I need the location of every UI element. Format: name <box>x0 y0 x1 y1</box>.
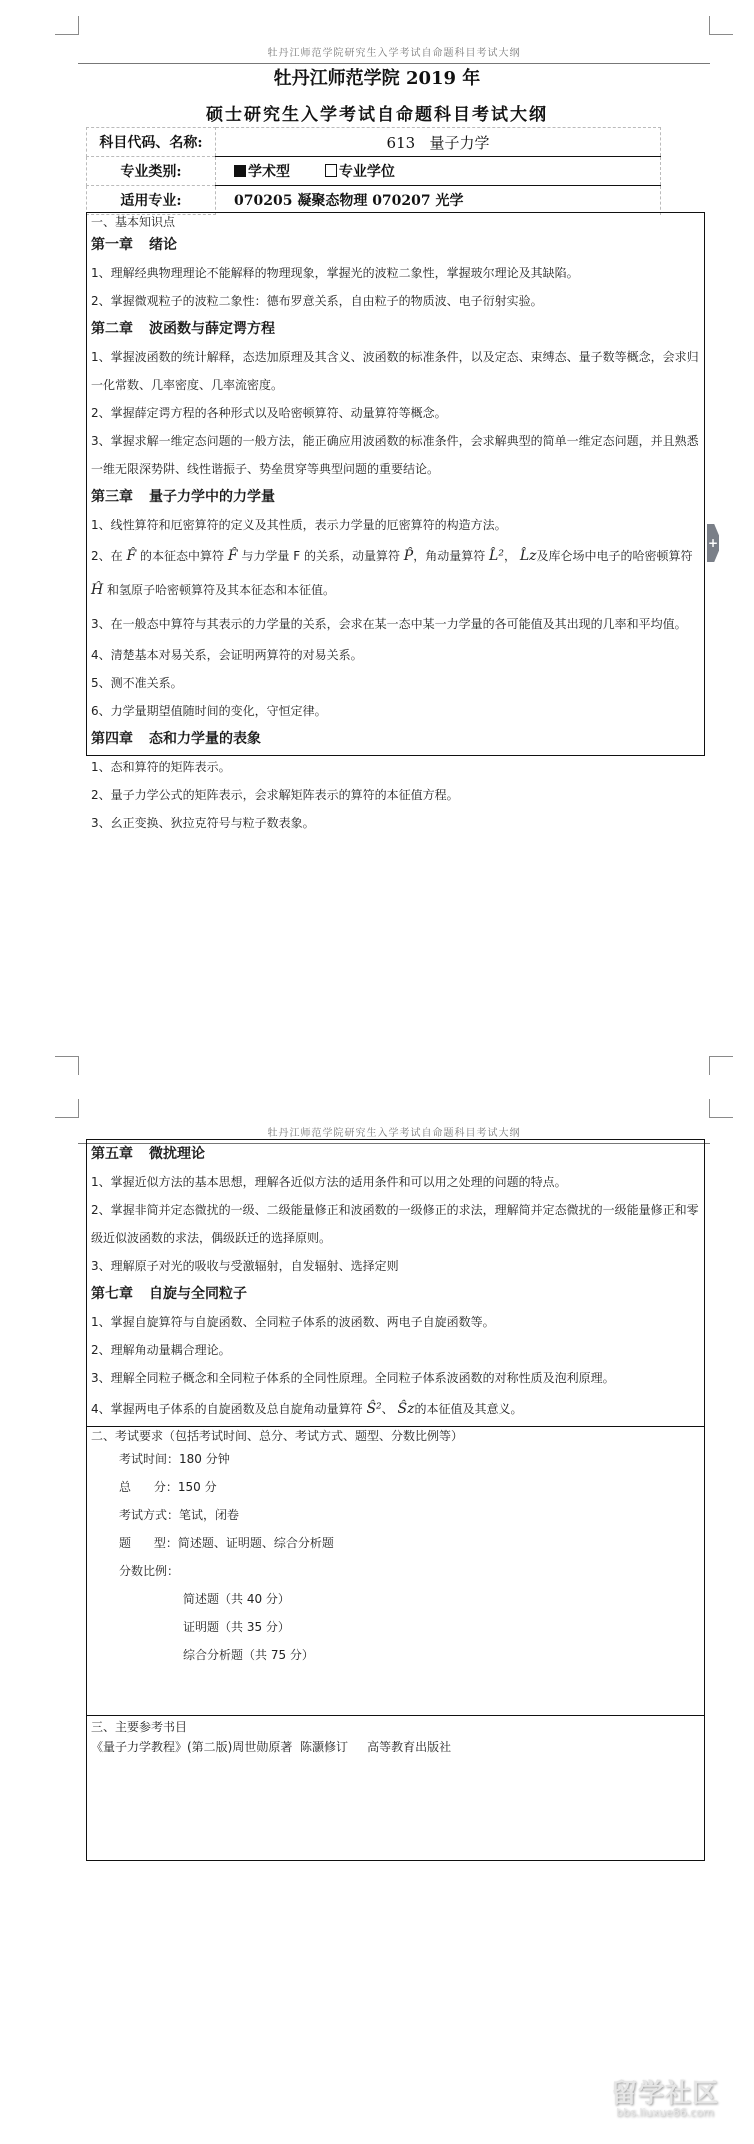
chapter-heading: 第五章微扰理论 <box>87 1140 704 1168</box>
operator-Sz: Ŝz <box>398 1401 415 1417</box>
content-box-page2: 第五章微扰理论 1、掌握近似方法的基本思想，理解各近似方法的适用条件和可以用之处… <box>86 1139 705 1861</box>
content-box-page1: 一、基本知识点 第一章绪论 1、理解经典物理理论不能解释的物理现象，掌握光的波粒… <box>86 212 705 756</box>
crop-mark-bottom-left <box>55 1056 79 1075</box>
exam-method: 考试方式：笔试，闭卷 <box>87 1501 704 1529</box>
crop-mark-top-right <box>709 16 733 35</box>
subject-value: 613 量子力学 <box>216 128 661 157</box>
question-types: 题 型：简述题、证明题、综合分析题 <box>87 1529 704 1557</box>
operator-Lz: L̂z <box>520 548 537 564</box>
crop-mark-top-left <box>55 1099 79 1118</box>
majors-label: 适用专业: <box>87 186 216 215</box>
score-ratio-item: 简述题（共 40 分） <box>87 1585 704 1613</box>
score-ratio-item: 综合分析题（共 75 分） <box>87 1641 704 1669</box>
crop-mark-top-left <box>55 16 79 35</box>
list-item: 1、掌握波函数的统计解释，态迭加原理及其含义、波函数的标准条件，以及定态、束缚态… <box>87 343 704 399</box>
list-item: 2、掌握非简并定态微扰的一级、二级能量修正和波函数的一级修正的求法，理解简并定态… <box>87 1196 704 1252</box>
list-item: 3、掌握求解一维定态问题的一般方法，能正确应用波函数的标准条件，会求解典型的简单… <box>87 427 704 483</box>
operator-F: F̂ <box>228 548 238 564</box>
list-item: 1、掌握近似方法的基本思想，理解各近似方法的适用条件和可以用之处理的问题的特点。 <box>87 1168 704 1196</box>
list-item: 3、理解全同粒子概念和全同粒子体系的全同性原理。全同粒子体系波函数的对称性质及泡… <box>87 1364 704 1392</box>
category-professional: 专业学位 <box>339 164 395 180</box>
list-item: 3、幺正变换、狄拉克符号与粒子数表象。 <box>87 809 704 837</box>
operator-H: Ĥ <box>91 582 103 598</box>
list-item: 2、掌握薛定谔方程的各种形式以及哈密顿算符、动量算符等概念。 <box>87 399 704 427</box>
chapter-heading: 第一章绪论 <box>87 231 704 259</box>
section-basic-knowledge-cont: 第五章微扰理论 1、掌握近似方法的基本思想，理解各近似方法的适用条件和可以用之处… <box>87 1140 704 1427</box>
list-item: 6、力学量期望值随时间的变化，守恒定律。 <box>87 697 704 725</box>
running-header: 牡丹江师范学院研究生入学考试自命题科目考试大纲 <box>78 44 710 64</box>
section-reference-books: 三、主要参考书目 《量子力学教程》(第二版)周世勋原著 陈灏修订 高等教育出版社 <box>87 1716 704 1756</box>
score-ratio-label: 分数比例： <box>87 1557 704 1585</box>
majors-row: 适用专业: 070205 凝聚态物理 070207 光学 <box>87 186 661 215</box>
list-item: 2、量子力学公式的矩阵表示，会求解矩阵表示的算符的本征值方程。 <box>87 781 704 809</box>
list-item: 2、理解角动量耦合理论。 <box>87 1336 704 1364</box>
watermark-logo: 留学社区 bbs.liuxue86.com <box>585 2073 745 2119</box>
category-row: 专业类别: 学术型 专业学位 <box>87 157 661 186</box>
list-item: 5、测不准关系。 <box>87 669 704 697</box>
operator-F: F̂ <box>126 548 136 564</box>
unchecked-box-icon <box>325 164 337 177</box>
category-academic: 学术型 <box>248 164 290 180</box>
section-exam-requirements: 二、考试要求（包括考试时间、总分、考试方式、题型、分数比例等） 考试时间：180… <box>87 1427 704 1716</box>
list-item: 1、态和算符的矩阵表示。 <box>87 753 704 781</box>
list-item-with-operators: 2、在 F̂ 的本征态中算符 F̂ 与力学量 F 的关系，动量算符 P̂，角动量… <box>87 539 704 607</box>
operator-L2: L̂² <box>489 548 504 564</box>
list-item: 3、在一般态中算符与其表示的力学量的关系，会求在某一态中某一力学量的各可能值及其… <box>87 607 704 641</box>
document-title-line1: 牡丹江师范学院 2019 年 <box>0 64 754 90</box>
crop-mark-top-right <box>709 1099 733 1118</box>
subject-info-table: 科目代码、名称: 613 量子力学 专业类别: 学术型 专业学位 适用专业: 0… <box>86 127 661 215</box>
subject-row: 科目代码、名称: 613 量子力学 <box>87 128 661 157</box>
category-value: 学术型 专业学位 <box>216 157 661 186</box>
crop-mark-bottom-right <box>709 1056 733 1075</box>
expand-tab[interactable]: + <box>707 524 719 562</box>
document-title-line2: 硕士研究生入学考试自命题科目考试大纲 <box>0 100 754 125</box>
exam-time: 考试时间：180 分钟 <box>87 1445 704 1473</box>
subject-label: 科目代码、名称: <box>87 128 216 157</box>
chapter-heading: 第三章量子力学中的力学量 <box>87 483 704 511</box>
section-title: 一、基本知识点 <box>87 213 704 231</box>
chapter-heading: 第七章自旋与全同粒子 <box>87 1280 704 1308</box>
operator-S2: Ŝ² <box>366 1401 381 1417</box>
section-title: 二、考试要求（包括考试时间、总分、考试方式、题型、分数比例等） <box>87 1427 704 1445</box>
chapter-heading: 第二章波函数与薛定谔方程 <box>87 315 704 343</box>
list-item: 1、理解经典物理理论不能解释的物理现象，掌握光的波粒二象性，掌握玻尔理论及其缺陷… <box>87 259 704 287</box>
operator-P: P̂ <box>404 548 413 564</box>
category-label: 专业类别: <box>87 157 216 186</box>
list-item: 1、掌握自旋算符与自旋函数、全同粒子体系的波函数、两电子自旋函数等。 <box>87 1308 704 1336</box>
majors-value: 070205 凝聚态物理 070207 光学 <box>216 186 661 215</box>
list-item: 4、清楚基本对易关系，会证明两算符的对易关系。 <box>87 641 704 669</box>
reference-book: 《量子力学教程》(第二版)周世勋原著 陈灏修订 高等教育出版社 <box>87 1738 704 1756</box>
section-title: 三、主要参考书目 <box>87 1716 704 1738</box>
list-item: 2、掌握微观粒子的波粒二象性：德布罗意关系，自由粒子的物质波、电子衍射实验。 <box>87 287 704 315</box>
plus-icon: + <box>708 536 718 550</box>
list-item: 1、线性算符和厄密算符的定义及其性质，表示力学量的厄密算符的构造方法。 <box>87 511 704 539</box>
score-ratio-item: 证明题（共 35 分） <box>87 1613 704 1641</box>
total-score: 总 分：150 分 <box>87 1473 704 1501</box>
section-basic-knowledge: 一、基本知识点 第一章绪论 1、理解经典物理理论不能解释的物理现象，掌握光的波粒… <box>87 213 704 837</box>
chapter-heading: 第四章态和力学量的表象 <box>87 725 704 753</box>
checked-box-icon <box>234 165 246 177</box>
list-item: 3、理解原子对光的吸收与受激辐射，自发辐射、选择定则 <box>87 1252 704 1280</box>
list-item-with-operators: 4、掌握两电子体系的自旋函数及总自旋角动量算符 Ŝ²、 Ŝz的本征值及其意义。 <box>87 1392 704 1426</box>
